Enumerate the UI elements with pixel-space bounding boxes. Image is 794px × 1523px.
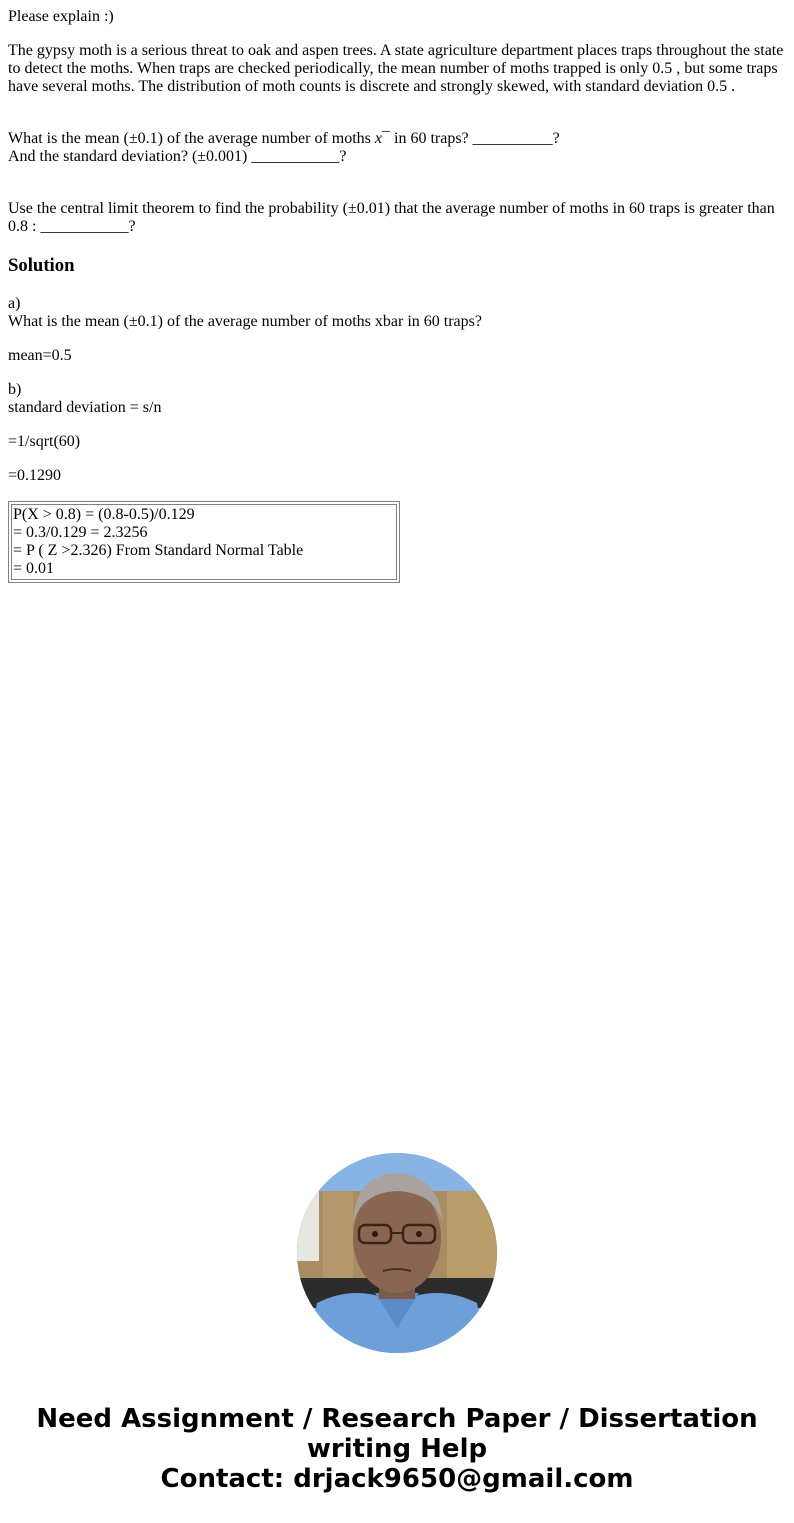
banner-line-2: writing Help — [0, 1434, 794, 1464]
question-1: What is the mean (±0.1) of the average n… — [8, 130, 560, 166]
solution-part-a: a) What is the mean (±0.1) of the averag… — [8, 295, 482, 331]
calc-line: = 0.01 — [13, 560, 54, 577]
intro-text: Please explain :) — [8, 8, 114, 26]
problem-statement: The gypsy moth is a serious threat to oa… — [8, 42, 786, 96]
question-1-text: What is the mean (±0.1) of the average n… — [8, 130, 375, 147]
x-symbol: x — [375, 130, 382, 147]
question-1b-text: And the standard deviation? (±0.001) ___… — [8, 148, 346, 165]
part-a-answer: mean=0.5 — [8, 347, 72, 365]
calc-line: P(X > 0.8) = (0.8-0.5)/0.129 — [13, 506, 195, 523]
part-b-step-1: =1/sqrt(60) — [8, 433, 80, 451]
solution-heading: Solution — [8, 256, 74, 276]
part-a-question: What is the mean (±0.1) of the average n… — [8, 313, 482, 330]
banner-contact-email: Contact: drjack9650@gmail.com — [0, 1464, 794, 1494]
calculation-cell: P(X > 0.8) = (0.8-0.5)/0.129 = 0.3/0.129… — [11, 504, 397, 580]
part-b-step-2: =0.1290 — [8, 467, 61, 485]
probability-calculation-table: P(X > 0.8) = (0.8-0.5)/0.129 = 0.3/0.129… — [8, 501, 400, 583]
calc-line: = P ( Z >2.326) From Standard Normal Tab… — [13, 542, 303, 559]
part-b-label: b) — [8, 381, 21, 398]
contact-banner: Need Assignment / Research Paper / Disse… — [0, 1404, 794, 1494]
banner-line-1: Need Assignment / Research Paper / Disse… — [0, 1404, 794, 1434]
question-2: Use the central limit theorem to find th… — [8, 200, 786, 236]
macron-symbol: ¯ — [382, 130, 390, 147]
question-1-blank: in 60 traps? __________? — [390, 130, 560, 147]
person-photo-icon — [297, 1153, 497, 1353]
part-a-label: a) — [8, 295, 20, 312]
avatar-portrait — [297, 1153, 497, 1353]
part-b-formula: standard deviation = s/n — [8, 399, 161, 416]
solution-part-b: b) standard deviation = s/n — [8, 381, 161, 417]
calc-line: = 0.3/0.129 = 2.3256 — [13, 524, 148, 541]
